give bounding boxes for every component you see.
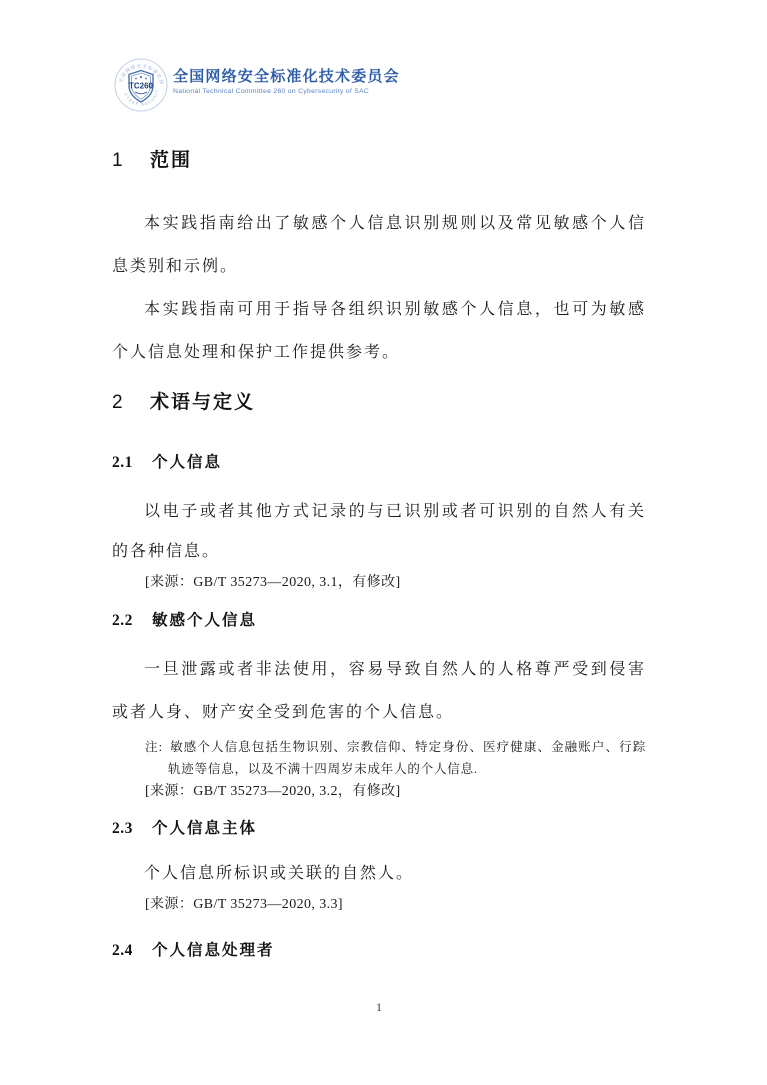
term-2-1-heading: 2.1 个人信息 bbox=[112, 452, 646, 474]
org-name-en: National Technical Committee 260 on Cybe… bbox=[173, 87, 400, 97]
term-2-4-title: 个人信息处理者 bbox=[152, 940, 275, 962]
term-2-3-title: 个人信息主体 bbox=[152, 818, 257, 840]
tc260-seal-icon: 全国网络安全标准化技术委员会 CYBER SECURITY TC260 bbox=[114, 58, 168, 112]
section-1-paragraph-2: 本实践指南可用于指导各组织识别敏感个人信息，也可为敏感个人信息处理和保护工作提供… bbox=[112, 288, 646, 374]
section-1-paragraph-1: 本实践指南给出了敏感个人信息识别规则以及常见敏感个人信息类别和示例。 bbox=[112, 202, 646, 288]
term-2-3-source: [来源：GB/T 35273—2020, 3.3] bbox=[145, 894, 646, 916]
svg-text:TC260: TC260 bbox=[129, 82, 154, 91]
section-1-number: 1 bbox=[112, 148, 150, 174]
header-org-names: 全国网络安全标准化技术委员会 National Technical Commit… bbox=[173, 68, 400, 97]
document-content: 1 范围 本实践指南给出了敏感个人信息识别规则以及常见敏感个人信息类别和示例。 … bbox=[112, 140, 646, 962]
term-2-2-heading: 2.2 敏感个人信息 bbox=[112, 610, 646, 632]
term-2-1-source: [来源：GB/T 35273—2020, 3.1，有修改] bbox=[145, 572, 646, 594]
section-2-heading: 2 术语与定义 bbox=[112, 390, 646, 416]
org-name-cn: 全国网络安全标准化技术委员会 bbox=[173, 68, 400, 86]
section-2-title: 术语与定义 bbox=[150, 390, 255, 416]
term-2-3-number: 2.3 bbox=[112, 818, 152, 840]
term-2-1-title: 个人信息 bbox=[152, 452, 222, 474]
section-1-title: 范围 bbox=[150, 148, 192, 174]
term-2-3-heading: 2.3 个人信息主体 bbox=[112, 818, 646, 840]
term-2-2-definition: 一旦泄露或者非法使用，容易导致自然人的人格尊严受到侵害或者人身、财产安全受到危害… bbox=[112, 648, 646, 734]
term-2-2-source: [来源：GB/T 35273—2020, 3.2，有修改] bbox=[145, 781, 646, 803]
section-2-number: 2 bbox=[112, 390, 150, 416]
document-page: 全国网络安全标准化技术委员会 CYBER SECURITY TC260 全国网络… bbox=[0, 0, 767, 1085]
term-2-3-definition: 个人信息所标识或关联的自然人。 bbox=[112, 856, 646, 892]
header: 全国网络安全标准化技术委员会 CYBER SECURITY TC260 全国网络… bbox=[114, 58, 400, 112]
term-2-2-note: 注:敏感个人信息包括生物识别、宗教信仰、特定身份、医疗健康、金融账户、行踪轨迹等… bbox=[145, 736, 646, 780]
term-2-2-number: 2.2 bbox=[112, 610, 152, 632]
note-text: 敏感个人信息包括生物识别、宗教信仰、特定身份、医疗健康、金融账户、行踪轨迹等信息… bbox=[168, 740, 646, 776]
term-2-1-definition: 以电子或者其他方式记录的与已识别或者可识别的自然人有关的各种信息。 bbox=[112, 492, 646, 572]
section-1-heading: 1 范围 bbox=[112, 148, 646, 174]
term-2-4-number: 2.4 bbox=[112, 940, 152, 962]
note-label: 注: bbox=[145, 740, 163, 754]
page-number: 1 bbox=[112, 1000, 646, 1015]
term-2-4-heading: 2.4 个人信息处理者 bbox=[112, 940, 646, 962]
term-2-2-title: 敏感个人信息 bbox=[152, 610, 257, 632]
term-2-1-number: 2.1 bbox=[112, 452, 152, 474]
